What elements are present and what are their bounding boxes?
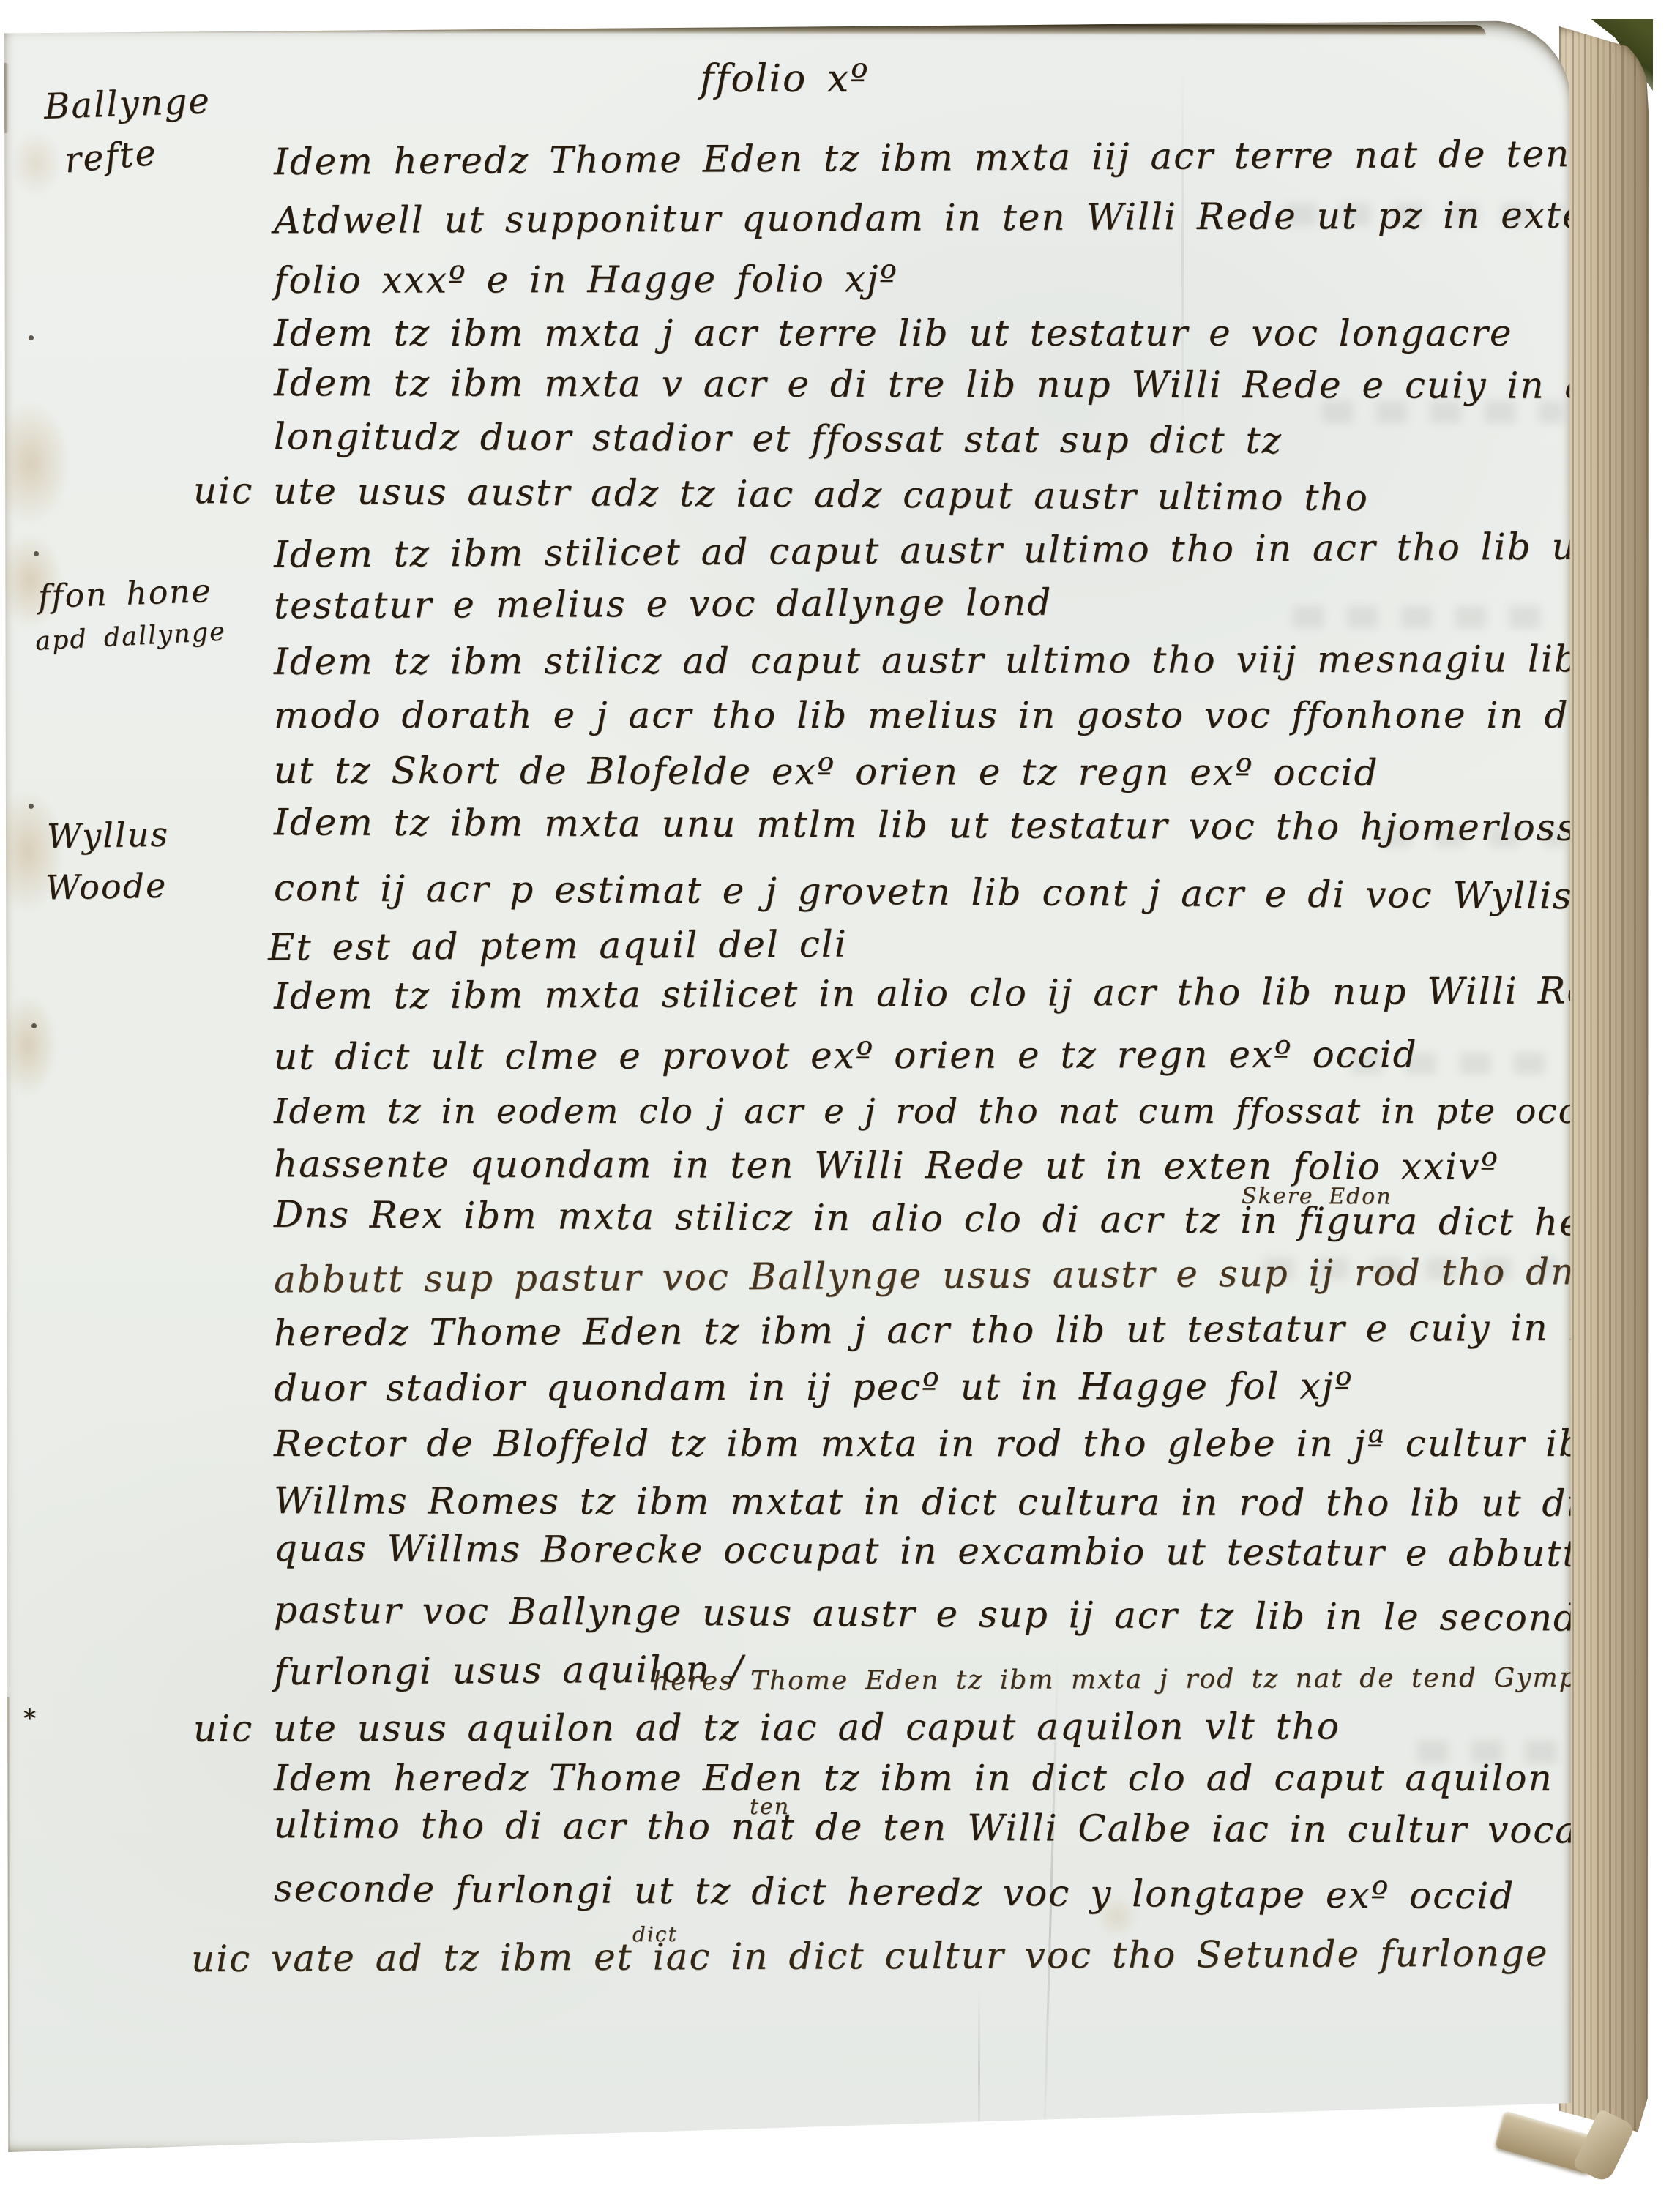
manuscript-line: seconde furlongi ut tz dict heredz voc y… [274,1867,1515,1918]
manuscript-line: heredz Thome Eden tz ibm j acr tho lib u… [274,1306,1680,1354]
manuscript-line: ut dict ult clme e provot exº orien e tz… [274,1033,1418,1077]
manuscript-line: Idem tz ibm mxta j acr terre lib ut test… [274,312,1512,354]
manuscript-line: Idem tz ibm mxta unu mtlm lib ut testatu… [274,801,1600,849]
manuscript-line: pastur voc Ballynge usus austr e sup ij … [274,1588,1602,1639]
manuscript-line: heres Thome Eden tz ibm mxta j rod tz na… [652,1657,1608,1703]
manuscript-line: uic vate ad tz ibm et iac in dict cultur… [191,1932,1629,1980]
manuscript-line: Idem tz ibm stilicet ad caput austr ulti… [274,525,1593,575]
manuscript-page: ffolio xº Ballyngerefteffon honeapd dall… [4,20,1571,2152]
manuscript-line: cont ij acr p estimat e j grovetn lib co… [274,867,1680,918]
manuscript-line: ut tz Skort de Blofelde exº orien e tz r… [274,749,1379,793]
manuscript-line: ultimo tho di acr tho nat de ten Willi C… [274,1804,1679,1852]
manuscript-line: Idem tz ibm mxta stilicet in alio clo ij… [274,969,1638,1017]
manuscript-line: Idem tz ibm stilicz ad caput austr ultim… [274,638,1622,683]
manuscript-text-layer: Idem heredz Thome Eden tz ibm mxta iij a… [4,20,1571,2152]
manuscript-line: longitudz duor stadior et ffossat stat s… [274,415,1283,462]
manuscript-photo: ffolio xº Ballyngerefteffon honeapd dall… [0,0,1680,2185]
book: ffolio xº Ballyngerefteffon honeapd dall… [4,20,1649,2152]
manuscript-line: Et est ad ptem aquil del cli [268,923,848,969]
fore-edge-page-stack [1559,26,1649,2140]
manuscript-line: duor stadior quondam in ij pecº ut in Ha… [274,1364,1354,1409]
manuscript-line: Rector de Bloffeld tz ibm mxta in rod th… [274,1422,1619,1465]
manuscript-line: uic ute usus aquilon ad tz iac ad caput … [193,1705,1340,1749]
manuscript-line: quas Willms Borecke occupat in excambio … [274,1527,1669,1575]
manuscript-line: Atdwell ut supponitur quondam in ten Wil… [274,193,1680,242]
manuscript-line: Idem heredz Thome Eden tz ibm mxta iij a… [274,132,1680,183]
manuscript-line: Idem tz in eodem clo j acr e j rod tho n… [274,1091,1680,1133]
manuscript-line: modo dorath e j acr tho lib melius in go… [274,694,1680,736]
manuscript-line: testatur e melius e voc dallynge lond [274,581,1053,627]
manuscript-line: folio xxxº e in Hagge folio xjº [274,258,898,302]
manuscript-line: Dns Rex ibm mxta stilicz in alio clo di … [274,1193,1680,1244]
manuscript-line: uic ute usus austr adz tz iac adz caput … [193,469,1369,519]
manuscript-line: abbutt sup pastur voc Ballynge usus aust… [274,1250,1680,1301]
manuscript-line: Idem tz ibm mxta v acr e di tre lib nup … [274,362,1588,407]
manuscript-line: Willms Romes tz ibm mxtat in dict cultur… [274,1479,1602,1525]
manuscript-line: Idem heredz Thome Eden tz ibm in dict cl… [274,1757,1553,1799]
